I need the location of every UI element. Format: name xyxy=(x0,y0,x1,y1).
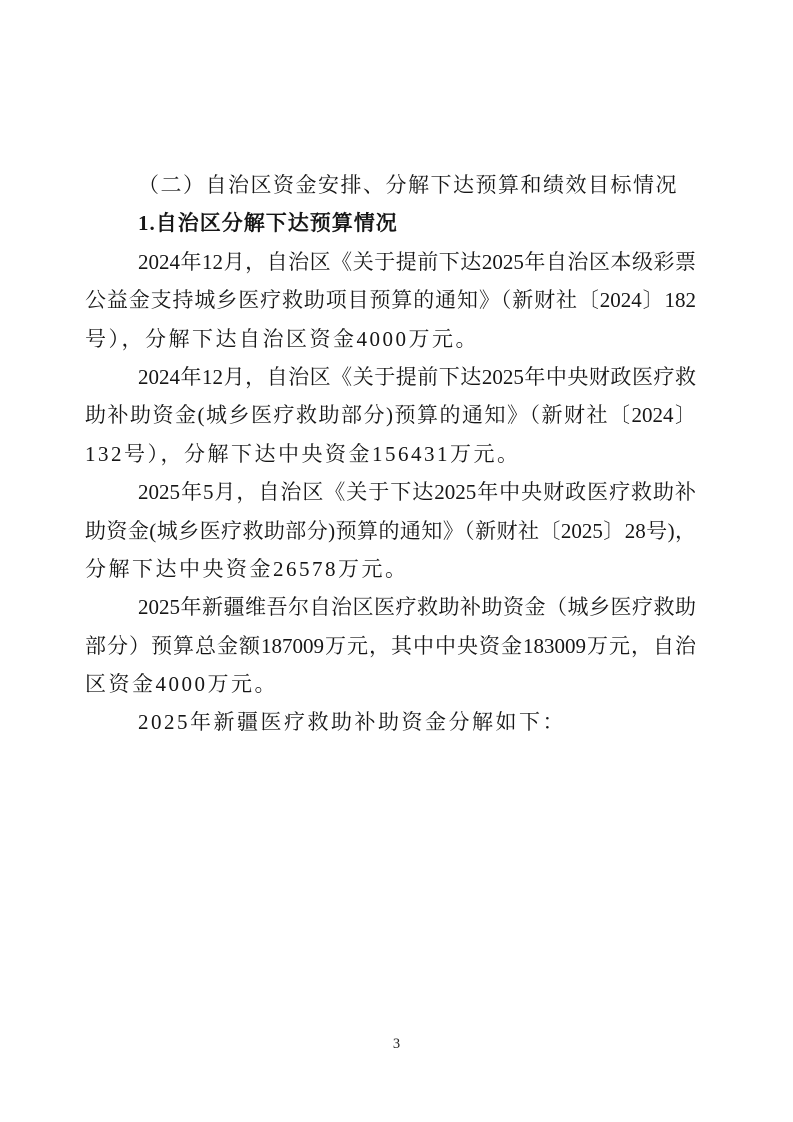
paragraph: 2024年12月，自治区《关于提前下达2025年自治区本级彩票 公益金支持城乡医… xyxy=(85,243,696,358)
paragraph-line: 公益金支持城乡医疗救助项目预算的通知》（新财社〔2024〕182 xyxy=(85,281,696,319)
section-heading: （二）自治区资金安排、分解下达预算和绩效目标情况 xyxy=(85,166,696,204)
sub-heading: 1.自治区分解下达预算情况 xyxy=(85,204,696,242)
paragraph-line: 号），分解下达自治区资金4000万元。 xyxy=(85,320,696,358)
document-body: （二）自治区资金安排、分解下达预算和绩效目标情况 1.自治区分解下达预算情况 2… xyxy=(85,166,696,742)
paragraph-line: 分解下达中央资金26578万元。 xyxy=(85,550,696,588)
paragraph-line: 2025年新疆维吾尔自治区医疗救助补助资金（城乡医疗救助 xyxy=(85,588,696,626)
paragraph-line: 区资金4000万元。 xyxy=(85,665,696,703)
paragraph: 2025年新疆维吾尔自治区医疗救助补助资金（城乡医疗救助 部分）预算总金额187… xyxy=(85,588,696,703)
paragraph-line: 2024年12月，自治区《关于提前下达2025年自治区本级彩票 xyxy=(85,243,696,281)
paragraph-line: 助补助资金(城乡医疗救助部分)预算的通知》（新财社〔2024〕 xyxy=(85,396,696,434)
paragraph-line: 部分）预算总金额187009万元，其中中央资金183009万元，自治 xyxy=(85,627,696,665)
paragraph-line: 助资金(城乡医疗救助部分)预算的通知》（新财社〔2025〕28号)， xyxy=(85,512,696,550)
paragraph-line: 132号），分解下达中央资金156431万元。 xyxy=(85,435,696,473)
paragraph-line: 2025年新疆医疗救助补助资金分解如下： xyxy=(85,703,696,741)
paragraph: 2024年12月，自治区《关于提前下达2025年中央财政医疗救 助补助资金(城乡… xyxy=(85,358,696,473)
paragraph-line: 2024年12月，自治区《关于提前下达2025年中央财政医疗救 xyxy=(85,358,696,396)
paragraph: 2025年5月，自治区《关于下达2025年中央财政医疗救助补 助资金(城乡医疗救… xyxy=(85,473,696,588)
paragraph-line: 2025年5月，自治区《关于下达2025年中央财政医疗救助补 xyxy=(85,473,696,511)
paragraph: 2025年新疆医疗救助补助资金分解如下： xyxy=(85,703,696,741)
document-page: （二）自治区资金安排、分解下达预算和绩效目标情况 1.自治区分解下达预算情况 2… xyxy=(0,0,793,1122)
page-number: 3 xyxy=(0,1036,793,1053)
